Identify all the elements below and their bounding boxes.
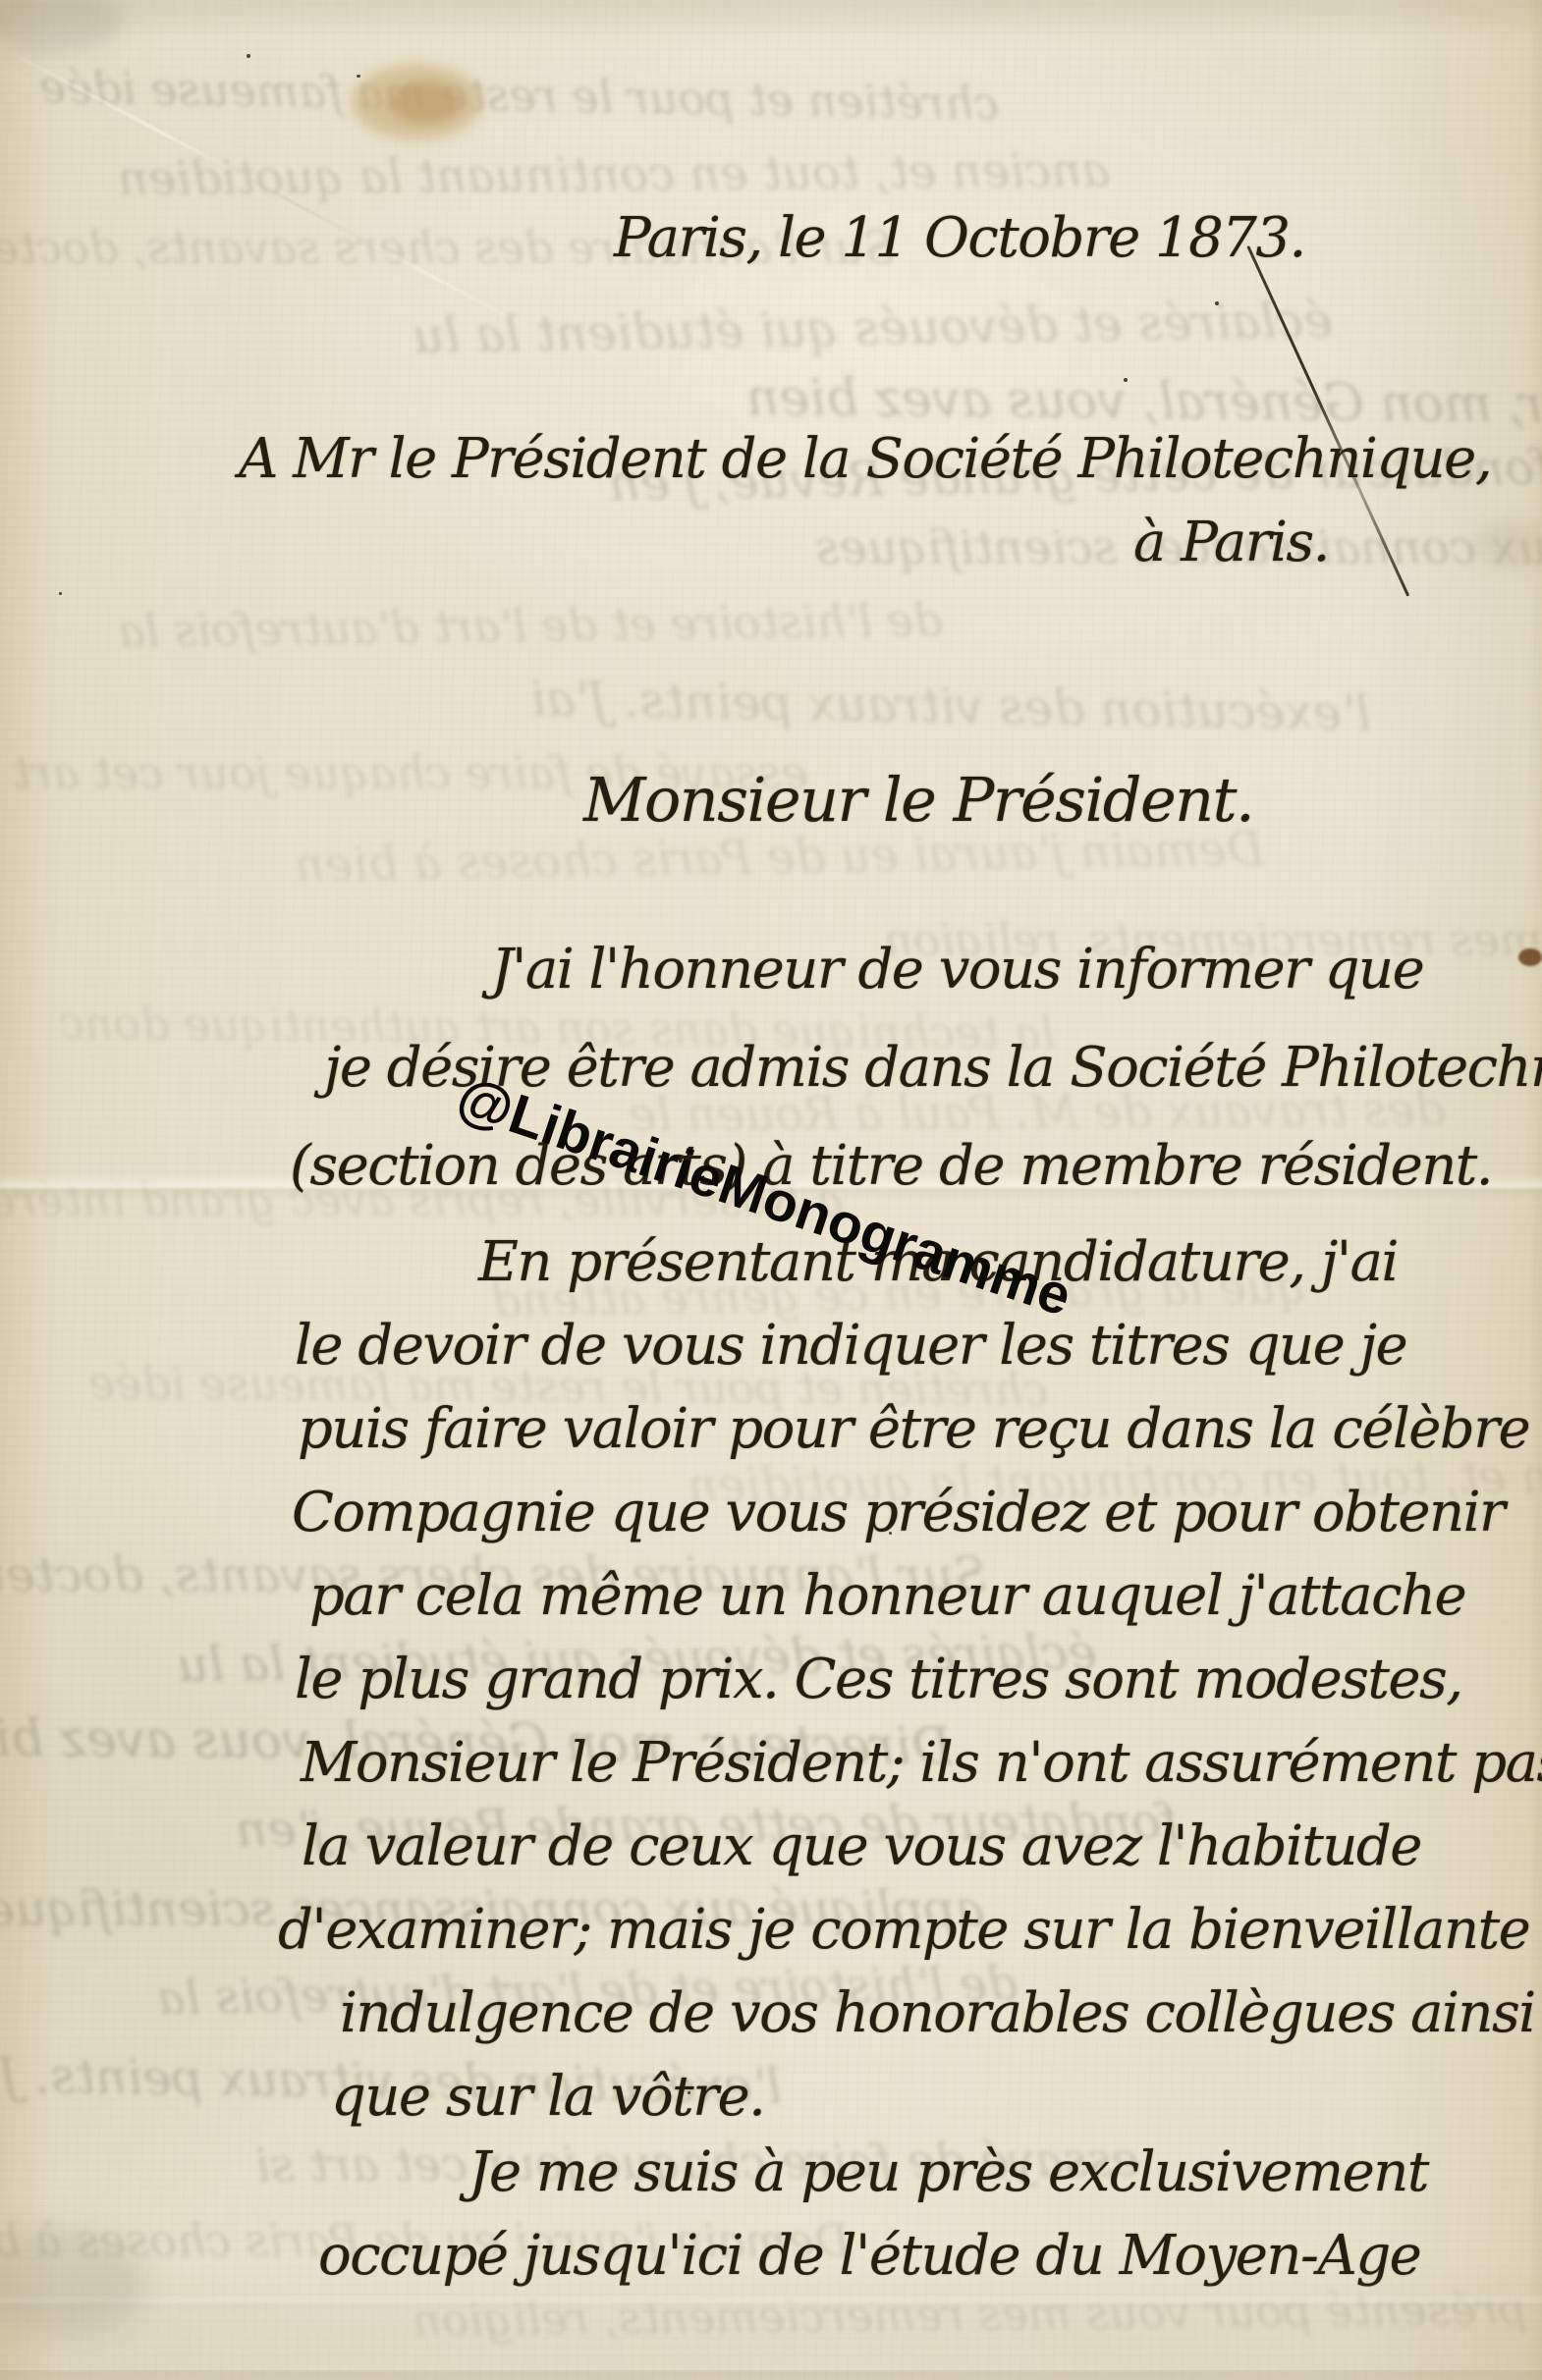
stain <box>391 82 460 124</box>
body-line: Je me suis à peu près exclusivement <box>468 2140 1428 2204</box>
speck <box>59 592 62 595</box>
fold-crease <box>0 2294 1542 2311</box>
bleed-through-line: ancien et, tout en continuant la quotidi… <box>118 143 1110 207</box>
dateline: Paris, le 11 Octobre 1873. <box>614 206 1305 270</box>
body-line: par cela même un honneur auquel j'attach… <box>309 1564 1465 1628</box>
recipient-line: à Paris. <box>1133 511 1329 574</box>
stain <box>0 0 123 54</box>
letter-page: chrétien et pour le reste ma fameuse idé… <box>0 0 1542 2380</box>
speck <box>247 54 250 58</box>
body-line: Monsieur le Président; ils n'ont assurém… <box>301 1731 1542 1795</box>
body-line: puis faire valoir pour être reçu dans la… <box>298 1397 1529 1461</box>
body-line: d'examiner; mais je compte sur la bienve… <box>278 1898 1529 1962</box>
stain <box>352 65 481 139</box>
bleed-through-line: l'exécution des vitraux peints. J'ai <box>530 671 1372 742</box>
recipient-line: A Mr le Président de la Société Philotec… <box>239 427 1491 491</box>
speck <box>1124 378 1128 382</box>
body-line: le plus grand prix. Ces titres sont mode… <box>295 1648 1462 1711</box>
salutation: Monsieur le Président. <box>583 764 1253 836</box>
body-line: la valeur de ceux que vous avez l'habitu… <box>302 1814 1421 1878</box>
speck <box>1215 301 1219 305</box>
bleed-through-line: de l'histoire et de l'art d'autrefois la <box>118 593 943 658</box>
body-line: occupé jusqu'ici de l'étude du Moyen-Age <box>318 2224 1420 2288</box>
stain <box>1473 520 1542 569</box>
speck <box>357 75 360 78</box>
body-line: J'ai l'honneur de vous informer que <box>491 938 1423 1001</box>
crease-line <box>0 39 545 338</box>
bleed-through-line: présenté pour vous mes remerciements, re… <box>413 2282 1528 2347</box>
body-line: indulgence de vos honorables collègues a… <box>340 1981 1535 2045</box>
body-line: Compagnie que vous présidez et pour obte… <box>292 1481 1504 1544</box>
ink-blot <box>1518 948 1542 966</box>
body-line: que sur la vôtre. <box>331 2065 764 2129</box>
bleed-through-line: chrétien et pour le reste ma fameuse idé… <box>39 60 1000 130</box>
bleed-through-line: éclairés et dévoués qui étudient la lu <box>413 292 1334 364</box>
body-line: (section des arts) à titre de membre rés… <box>290 1134 1492 1198</box>
stain <box>0 2229 147 2337</box>
body-line: le devoir de vous indiquer les titres qu… <box>295 1314 1406 1378</box>
